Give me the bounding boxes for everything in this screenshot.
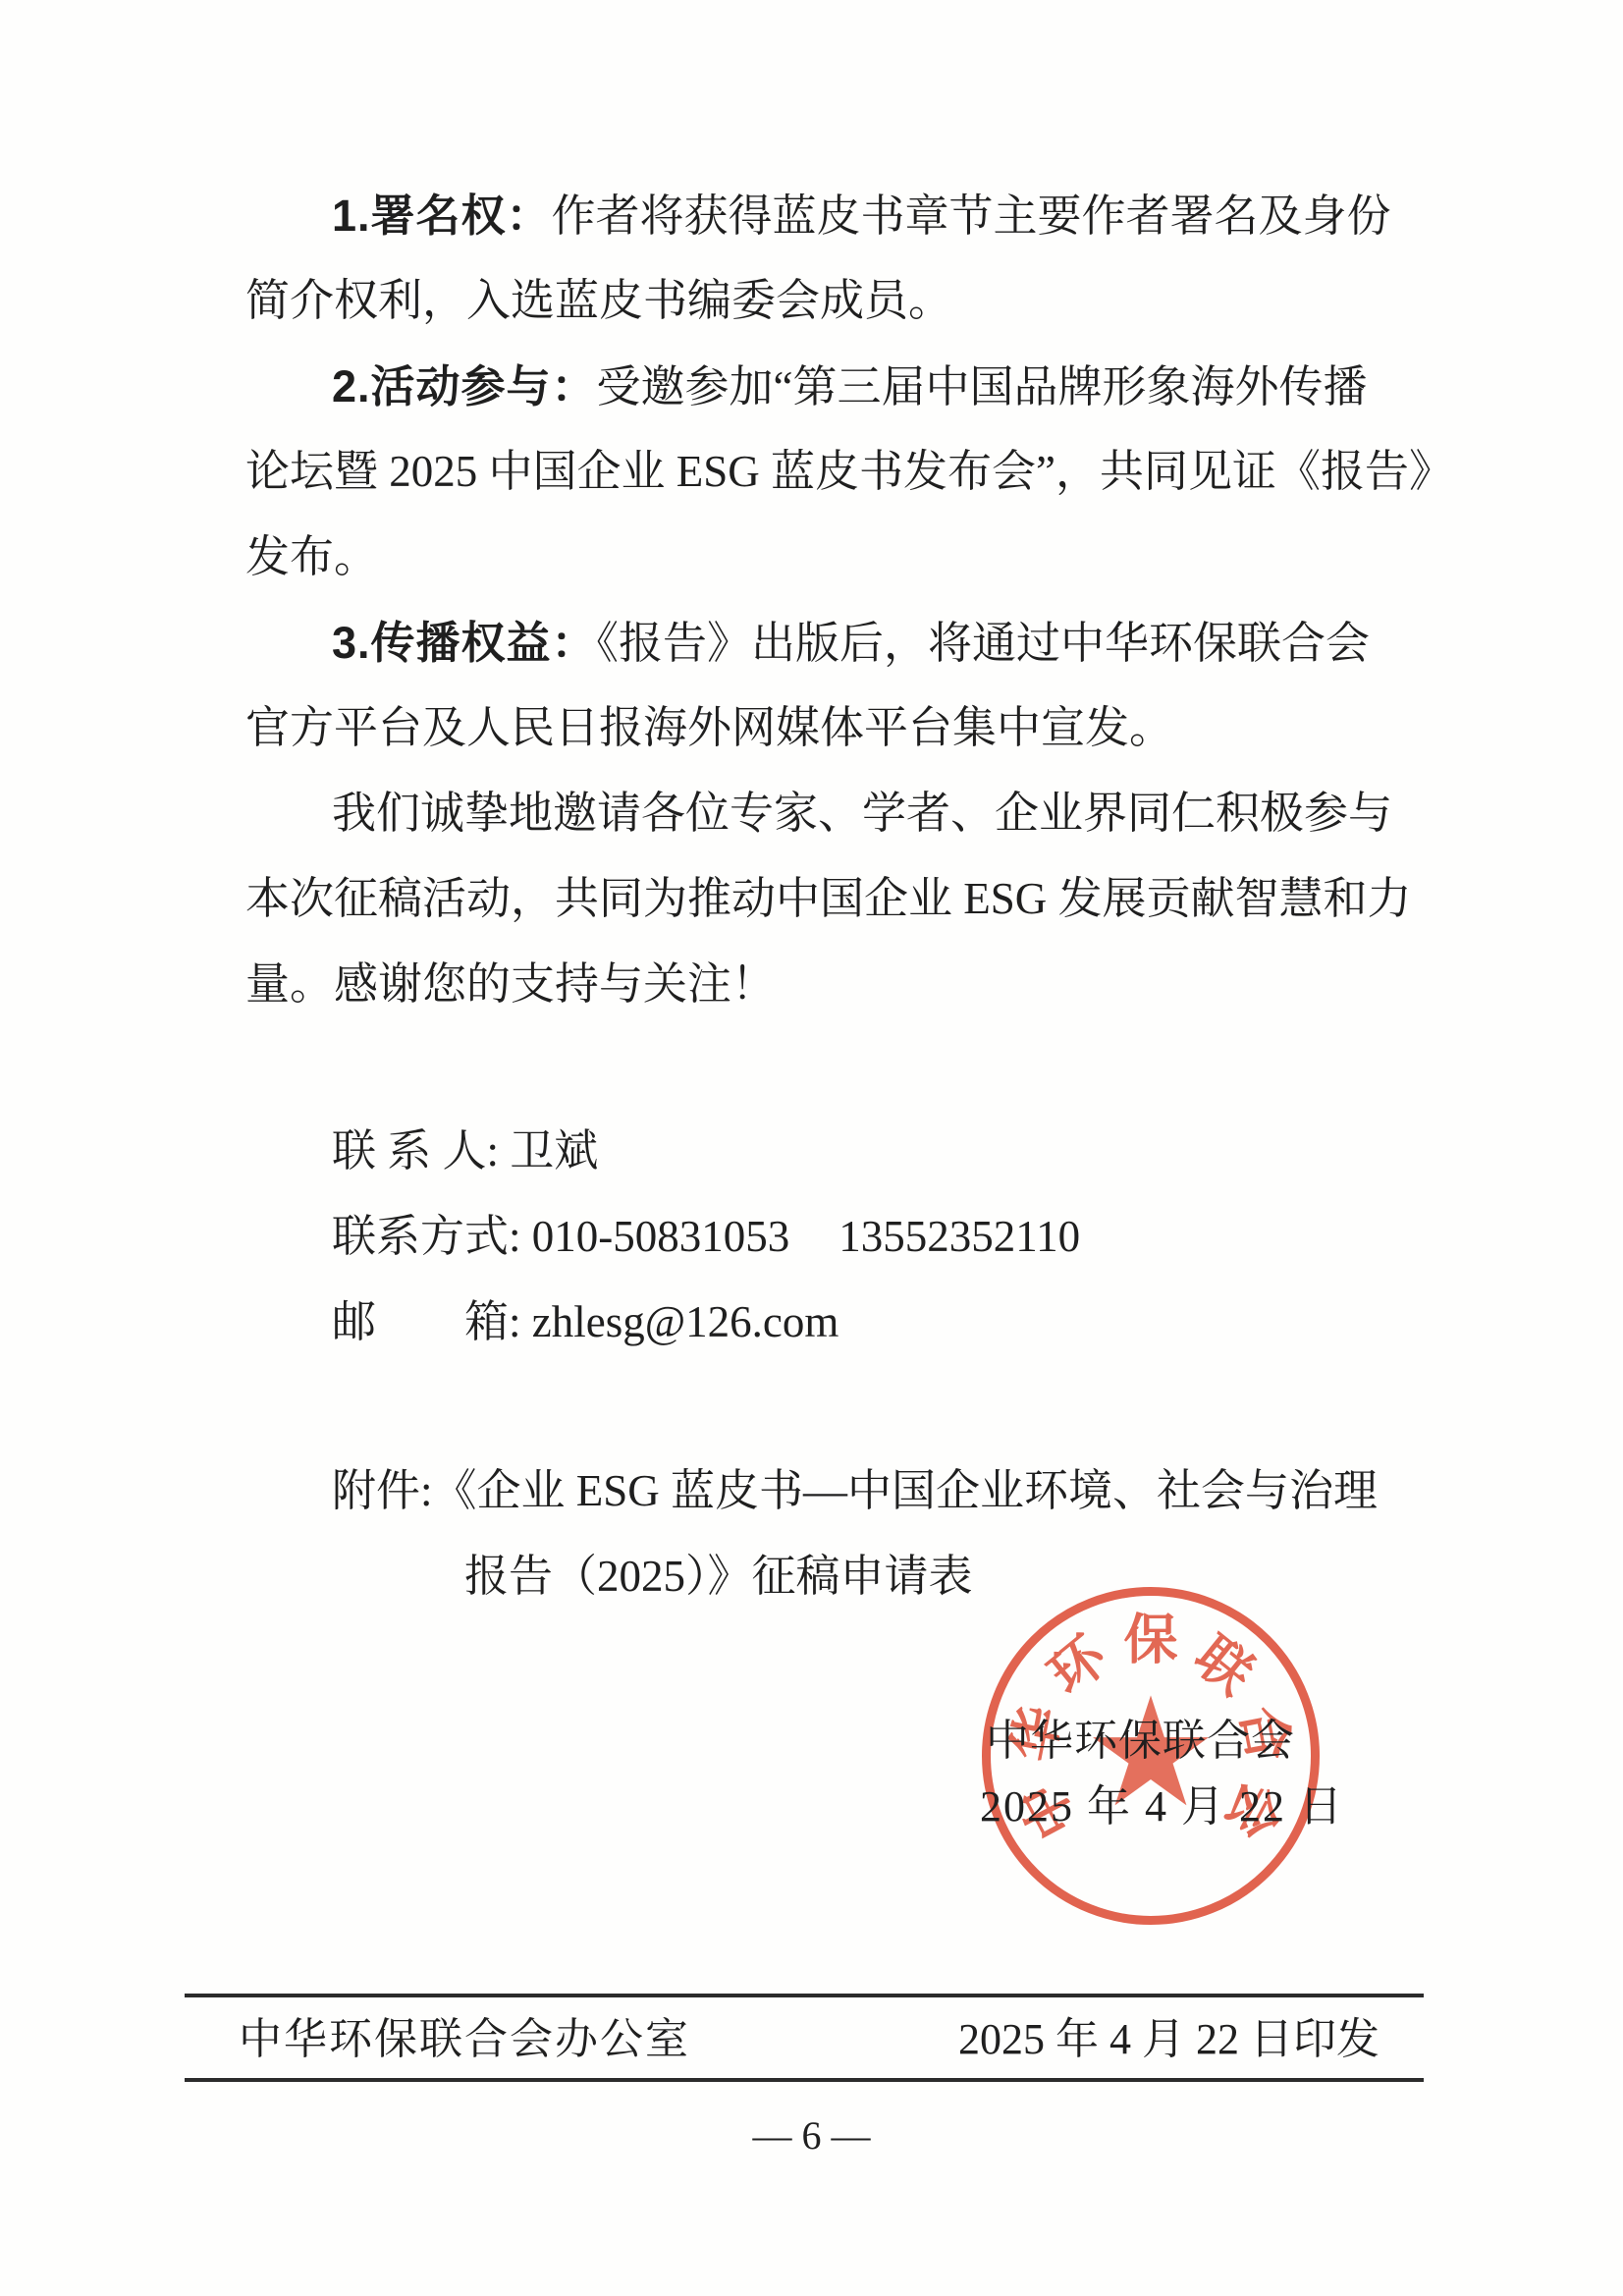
attachment-line-1: 附件:《企业 ESG 蓝皮书—中国企业环境、社会与治理 (332, 1449, 1378, 1534)
paragraph-line: 3.传播权益：《报告》出版后，将通过中华环保联合会 (245, 600, 1394, 685)
paragraph-line: 简介权利，入选蓝皮书编委会成员。 (245, 258, 1394, 344)
line-text: 受邀参加“第三届中国品牌形象海外传播 (597, 362, 1368, 411)
page-number: — 6 — (0, 2111, 1623, 2160)
contact-block: 联 系 人: 卫斌 联系方式: 010-5083105313552352110 … (332, 1109, 1080, 1365)
paragraph-line: 1.署名权：作者将获得蓝皮书章节主要作者署名及身份 (245, 173, 1394, 258)
contact-phone-label: 联系方式: (332, 1212, 532, 1261)
paragraph-line: 2.活动参与：受邀参加“第三届中国品牌形象海外传播 (245, 344, 1394, 429)
bold-lead: 2.活动参与： (332, 361, 597, 411)
line-text: 作者将获得蓝皮书章节主要作者署名及身份 (552, 191, 1391, 241)
line-text: 发布。 (245, 532, 378, 581)
line-text: 我们诚挚地邀请各位专家、学者、企业界同仁积极参与 (332, 789, 1392, 838)
line-text: 本次征稿活动，共同为推动中国企业 ESG 发展贡献智慧和力 (245, 874, 1412, 923)
signature-organization: 中华环保联合会 (986, 1712, 1295, 1771)
paragraph-line: 官方平台及人民日报海外网媒体平台集中宣发。 (245, 685, 1394, 771)
body-text: 1.署名权：作者将获得蓝皮书章节主要作者署名及身份 简介权利，入选蓝皮书编委会成… (245, 173, 1394, 1027)
bold-lead: 3.传播权益： (332, 618, 597, 668)
line-text: 量。感谢您的支持与关注！ (245, 959, 776, 1009)
paragraph-line: 本次征稿活动，共同为推动中国企业 ESG 发展贡献智慧和力 (245, 856, 1394, 942)
bold-lead: 1.署名权： (332, 191, 552, 241)
contact-person: 联 系 人: 卫斌 (332, 1109, 1080, 1194)
footer-issuing-office: 中华环保联合会办公室 (239, 2015, 690, 2064)
paragraph-line: 我们诚挚地邀请各位专家、学者、企业界同仁积极参与 (245, 771, 1394, 856)
contact-email-text: 邮 箱: zhlesg@126.com (332, 1297, 839, 1346)
contact-person-text: 联 系 人: 卫斌 (332, 1126, 598, 1175)
footer-print-date: 2025 年 4 月 22 日印发 (958, 2015, 1380, 2064)
line-text: 简介权利，入选蓝皮书编委会成员。 (245, 276, 952, 325)
footer-rule-bottom (185, 2078, 1424, 2082)
signature-date: 2025 年 4 月 22 日 (980, 1777, 1344, 1836)
line-text: 官方平台及人民日报海外网媒体平台集中宣发。 (245, 703, 1173, 752)
paragraph-line: 论坛暨 2025 中国企业 ESG 蓝皮书发布会”，共同见证《报告》 (245, 429, 1394, 515)
line-text: 论坛暨 2025 中国企业 ESG 蓝皮书发布会”，共同见证《报告》 (245, 447, 1453, 496)
seal-arc-character: 保 (1123, 1597, 1177, 1674)
document-page: 1.署名权：作者将获得蓝皮书章节主要作者署名及身份 简介权利，入选蓝皮书编委会成… (0, 0, 1623, 2296)
line-text: 《报告》出版后，将通过中华环保联合会 (597, 619, 1371, 668)
paragraph-line: 量。感谢您的支持与关注！ (245, 942, 1394, 1027)
contact-phone-1: 010-50831053 (532, 1212, 790, 1261)
contact-email: 邮 箱: zhlesg@126.com (332, 1280, 1080, 1365)
attachment-line-2: 报告（2025）》征稿申请表 (464, 1534, 973, 1619)
footer-rule-top (185, 1994, 1424, 1997)
contact-phone-2: 13552352110 (839, 1212, 1080, 1261)
paragraph-line: 发布。 (245, 515, 1394, 600)
contact-phone: 联系方式: 010-5083105313552352110 (332, 1194, 1080, 1280)
